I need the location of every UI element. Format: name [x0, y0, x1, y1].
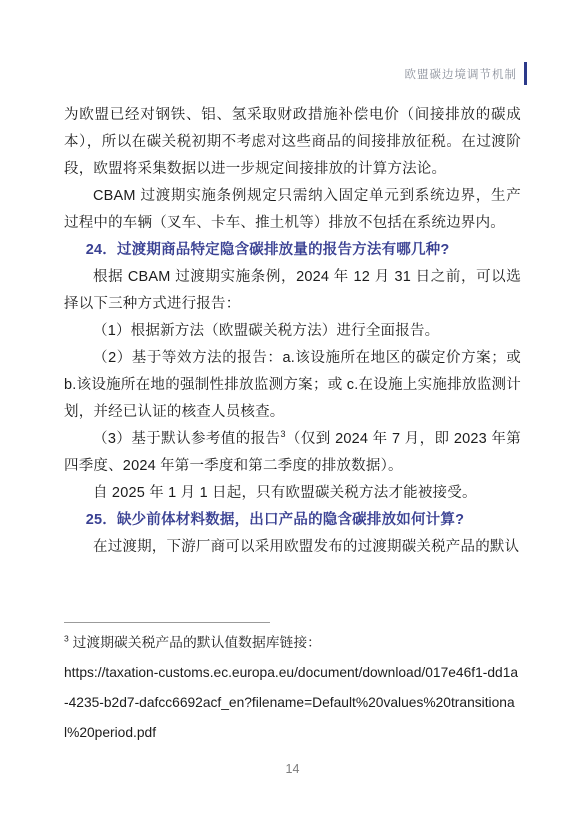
footnote-url-link[interactable]: https://taxation-customs.ec.europa.eu/do…	[64, 658, 521, 748]
q24-item3-text: （3）基于默认参考值的报告	[93, 431, 280, 447]
footnote-label: 过渡期碳关税产品的默认值数据库链接：	[73, 635, 321, 650]
footnote-section: 3 过渡期碳关税产品的默认值数据库链接： https://taxation-cu…	[64, 622, 521, 748]
footnote-text: 3 过渡期碳关税产品的默认值数据库链接：	[64, 628, 521, 658]
question-heading-25: 25．缺少前体材料数据，出口产品的隐含碳排放如何计算?	[64, 507, 521, 534]
page-header: 欧盟碳边境调节机制	[405, 62, 528, 85]
paragraph-q24-item2: （2）基于等效方法的报告：a.该设施所在地区的碳定价方案；或 b.该设施所在地的…	[64, 345, 521, 426]
paragraph-q24-item1: （1）根据新方法（欧盟碳关税方法）进行全面报告。	[64, 318, 521, 345]
question-heading-24: 24．过渡期商品特定隐含碳排放量的报告方法有哪几种?	[64, 237, 521, 264]
header-accent-bar	[524, 62, 527, 85]
footnote-separator	[64, 622, 270, 623]
document-page: 欧盟碳边境调节机制 为欧盟已经对钢铁、铝、氢采取财政措施补偿电价（间接排放的碳成…	[0, 0, 585, 827]
page-number: 14	[286, 762, 300, 776]
header-title: 欧盟碳边境调节机制	[405, 66, 518, 82]
paragraph-q24-item3: （3）基于默认参考值的报告3（仅到 2024 年 7 月，即 2023 年第四季…	[64, 426, 521, 480]
paragraph-q24-intro: 根据 CBAM 过渡期实施条例，2024 年 12 月 31 日之前，可以选择以…	[64, 264, 521, 318]
paragraph-cbam-boundary: CBAM 过渡期实施条例规定只需纳入固定单元到系统边界，生产过程中的车辆（叉车、…	[64, 183, 521, 237]
paragraph-q24-note: 自 2025 年 1 月 1 日起，只有欧盟碳关税方法才能被接受。	[64, 480, 521, 507]
footnote-marker: 3	[64, 633, 69, 643]
document-body: 为欧盟已经对钢铁、铝、氢采取财政措施补偿电价（间接排放的碳成本），所以在碳关税初…	[64, 102, 521, 561]
paragraph-intro-continuation: 为欧盟已经对钢铁、铝、氢采取财政措施补偿电价（间接排放的碳成本），所以在碳关税初…	[64, 102, 521, 183]
paragraph-q25-intro: 在过渡期，下游厂商可以采用欧盟发布的过渡期碳关税产品的默认	[64, 534, 521, 561]
page-footer: 14	[0, 762, 585, 776]
